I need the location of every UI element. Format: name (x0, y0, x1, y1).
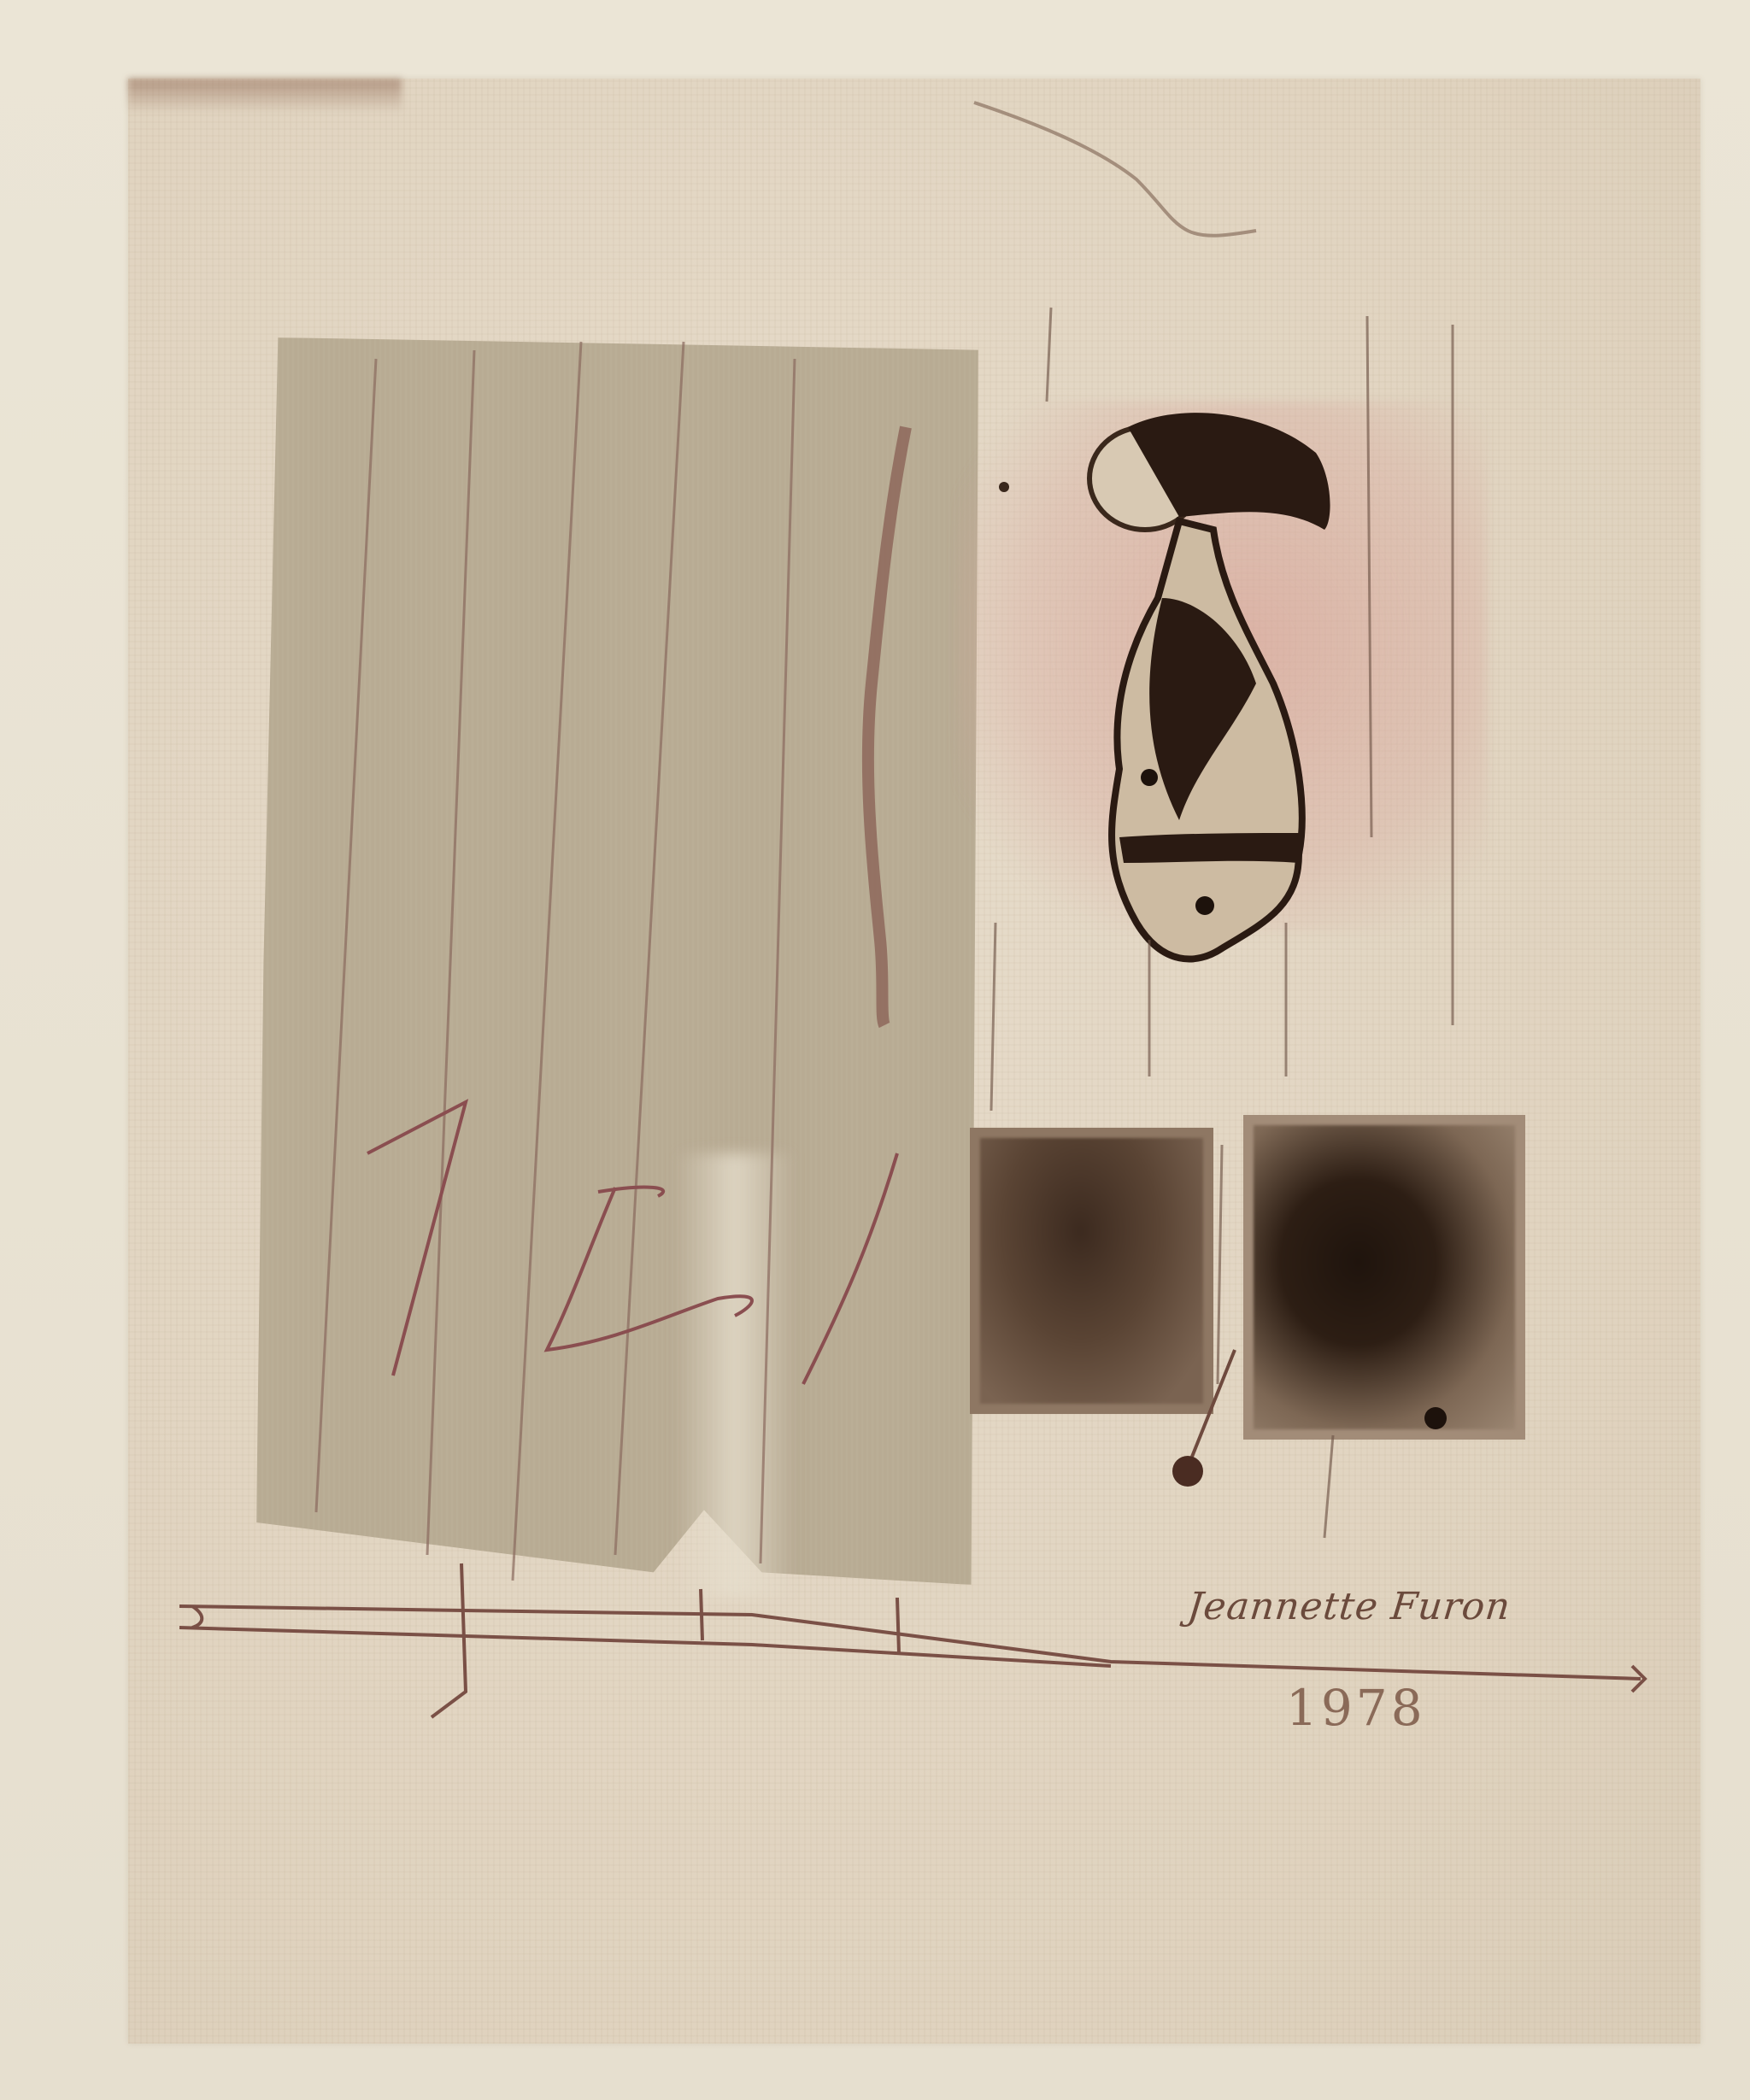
drawn-marks (0, 0, 1750, 2100)
stick-with-ball (1172, 1350, 1447, 1487)
artist-signature: Jeannette Furon (1185, 1585, 1512, 1628)
brown-smear (868, 427, 906, 1025)
hanging-figure (999, 413, 1330, 959)
artwork-date: 1978 (1286, 1679, 1426, 1737)
top-wavy-line (974, 103, 1256, 236)
panel-vertical-lines (316, 342, 795, 1581)
